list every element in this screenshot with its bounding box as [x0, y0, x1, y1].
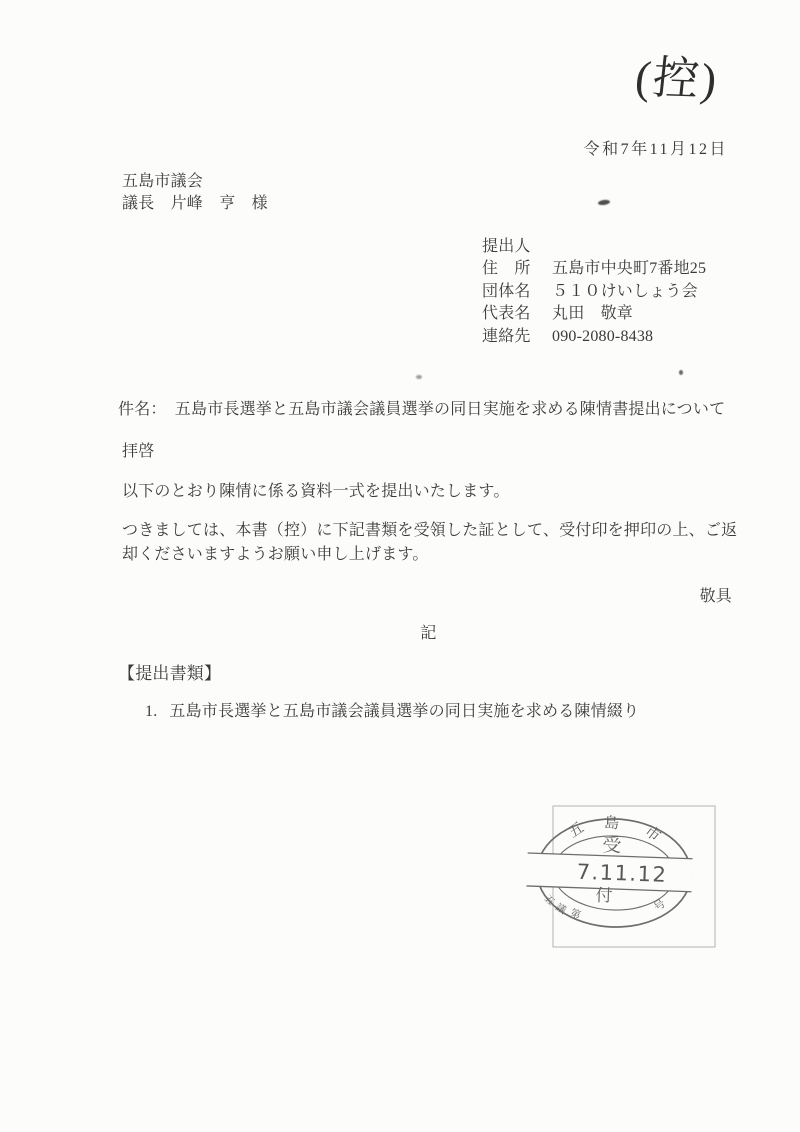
- submitter-address-row: 住 所五島市中央町7番地25: [482, 258, 706, 280]
- document-item-text: 五島市長選挙と五島市議会議員選挙の同日実施を求める陳情綴り: [169, 703, 639, 720]
- contact-label: 連絡先: [482, 326, 532, 348]
- stamp-series-char-3: 第: [569, 906, 583, 922]
- handwritten-copy-mark: (控): [633, 41, 723, 110]
- reception-stamp-graphic: 五 島 市 受 7.11.12 付 五 議 第 号: [518, 792, 718, 952]
- closing-word: 敬具: [700, 583, 732, 606]
- recipient-block: 五島市議会 議長 片峰 亨 様: [122, 171, 268, 215]
- stamp-receive-char: 受: [602, 834, 622, 857]
- submitter-heading: 提出人: [482, 236, 706, 258]
- submitter-block: 提出人 住 所五島市中央町7番地25 団体名５１０けいしょう会 代表名丸田 敬章…: [482, 236, 706, 348]
- representative-label: 代表名: [482, 303, 532, 325]
- document-date: 令和7年11月12日: [584, 136, 728, 159]
- recipient-organization: 五島市議会: [122, 171, 268, 193]
- body-paragraph-2: つきましては、本書（控）に下記書類を受領した証として、受付印を押印の上、ご返却く…: [122, 519, 738, 567]
- document-list-item: 1.五島市長選挙と五島市議会議員選挙の同日実施を求める陳情綴り: [145, 698, 639, 721]
- stamp-number-suffix-char: 号: [651, 897, 668, 914]
- reception-stamp: 五 島 市 受 7.11.12 付 五 議 第 号: [518, 792, 718, 952]
- notice-marker: 記: [122, 620, 735, 643]
- stamp-date: 7.11.12: [576, 860, 667, 887]
- contact-value: 090-2080-8438: [552, 328, 653, 345]
- stamp-accept-char: 付: [595, 886, 613, 906]
- scan-speck: [679, 370, 683, 375]
- scan-speck: [416, 375, 422, 379]
- address-value: 五島市中央町7番地25: [552, 260, 706, 277]
- submitter-representative-row: 代表名丸田 敬章: [482, 303, 706, 325]
- subject-line: 件名： 五島市長選挙と五島市議会議員選挙の同日実施を求める陳情書提出について: [118, 396, 725, 419]
- address-label: 住 所: [482, 258, 532, 280]
- submitter-org-row: 団体名５１０けいしょう会: [482, 281, 706, 303]
- body-paragraph-1: 以下のとおり陳情に係る資料一式を提出いたします。: [122, 480, 510, 504]
- salutation: 拝啓: [122, 438, 154, 461]
- org-name-label: 団体名: [482, 281, 532, 303]
- documents-heading: 【提出書類】: [118, 659, 221, 684]
- representative-value: 丸田 敬章: [552, 305, 633, 322]
- stamp-city-char-2: 島: [604, 815, 620, 833]
- recipient-person: 議長 片峰 亨 様: [122, 193, 268, 215]
- submitter-contact-row: 連絡先090-2080-8438: [482, 326, 706, 348]
- scan-smudge: [598, 199, 611, 206]
- org-name-value: ５１０けいしょう会: [552, 283, 698, 300]
- document-page: (控) 令和7年11月12日 五島市議会 議長 片峰 亨 様 提出人 住 所五島…: [0, 0, 800, 1132]
- document-item-number: 1.: [145, 703, 157, 720]
